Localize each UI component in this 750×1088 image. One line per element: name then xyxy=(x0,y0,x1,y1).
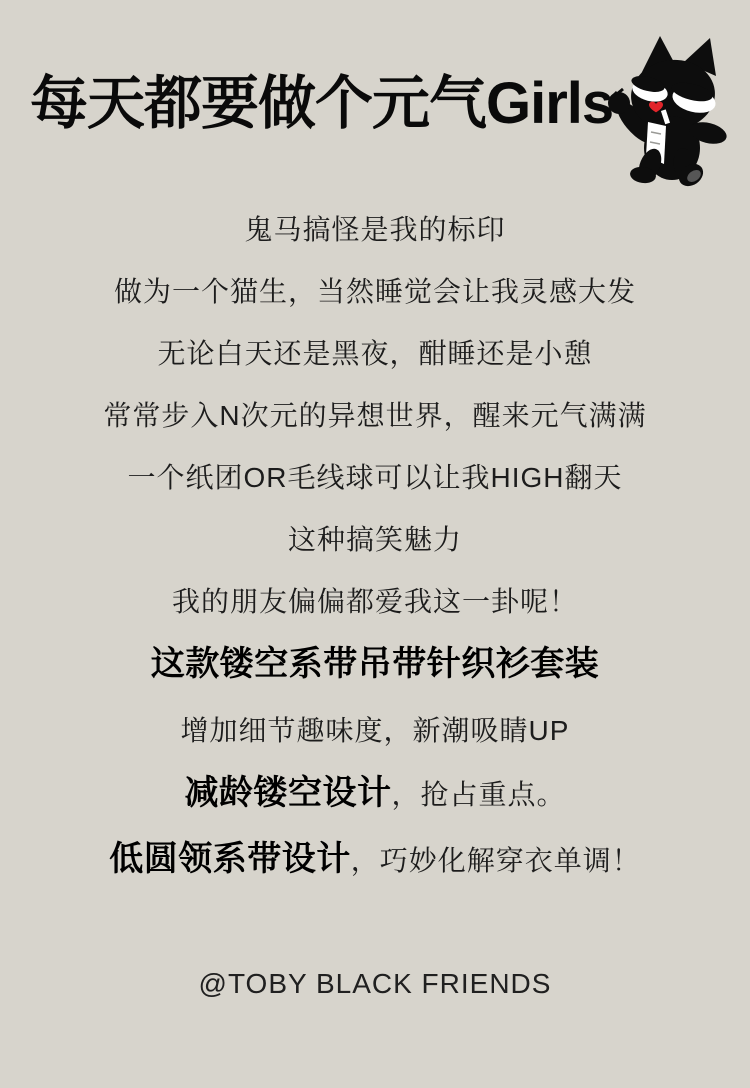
body-line: 一个纸团OR毛线球可以让我HIGH翻天 xyxy=(0,447,750,509)
body-line: 减龄镂空设计，抢占重点。 xyxy=(0,762,750,824)
page-title: 每天都要做个元气Girls xyxy=(30,68,613,141)
body-line-text: 做为一个猫生，当然睡觉会让我灵感大发 xyxy=(114,276,636,307)
body-line-text: 无论白天还是黑夜，酣睡还是小憩 xyxy=(157,338,592,369)
body-line-text: ，抢占重点。 xyxy=(391,779,565,810)
body-line: 低圆领系带设计，巧妙化解穿衣单调！ xyxy=(0,828,750,890)
body-line-text: 常常步入N次元的异想世界，醒来元气满满 xyxy=(103,400,646,431)
body-line-text: 鬼马搞怪是我的标印 xyxy=(244,214,505,245)
body-line-bold-text: 减龄镂空设计 xyxy=(184,774,391,812)
body-line: 鬼马搞怪是我的标印 xyxy=(0,199,750,261)
body-line-text: 这种搞笑魅力 xyxy=(288,524,462,555)
body-line: 无论白天还是黑夜，酣睡还是小憩 xyxy=(0,323,750,385)
brand-signature: @TOBY BLACK FRIENDS xyxy=(0,965,750,1003)
body-line-text: 增加细节趣味度，新潮吸睛UP xyxy=(181,715,570,746)
body-text-block: 鬼马搞怪是我的标印做为一个猫生，当然睡觉会让我灵感大发无论白天还是黑夜，酣睡还是… xyxy=(0,199,750,890)
body-line: 这种搞笑魅力 xyxy=(0,509,750,571)
body-line: 做为一个猫生，当然睡觉会让我灵感大发 xyxy=(0,261,750,323)
body-line-text: 一个纸团OR毛线球可以让我HIGH翻天 xyxy=(127,462,622,493)
body-line-bold-text: 这款镂空系带吊带针织衫套装 xyxy=(151,645,600,683)
body-line-text: ，巧妙化解穿衣单调！ xyxy=(351,845,641,876)
body-line: 这款镂空系带吊带针织衫套装 xyxy=(0,633,750,695)
body-line-text: 我的朋友偏偏都爱我这一卦呢！ xyxy=(172,586,578,617)
body-line: 我的朋友偏偏都爱我这一卦呢！ xyxy=(0,571,750,633)
body-line: 常常步入N次元的异想世界，醒来元气满满 xyxy=(0,385,750,447)
body-line-bold-text: 低圆领系带设计 xyxy=(109,840,351,878)
tmall-cat-mascot-icon xyxy=(606,24,740,192)
product-promo-page: 每天都要做个元气Girls 鬼马搞怪是我的标印做为一个猫生，当然睡觉会让我灵感大 xyxy=(0,0,750,1088)
body-line: 增加细节趣味度，新潮吸睛UP xyxy=(0,700,750,762)
